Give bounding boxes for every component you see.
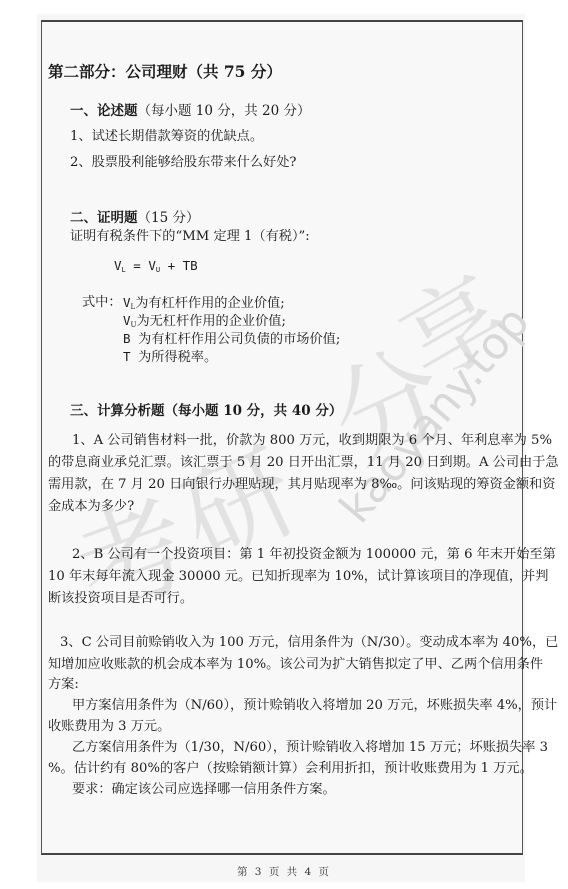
essay-question-2: 2、股票股利能够给股东带来什么好处?	[70, 154, 296, 171]
where-label: 式中：	[82, 294, 122, 311]
section-3-title: 三、计算分析题（每小题 10 分，共 40 分）	[70, 403, 342, 420]
calc-q3-line: 知增加应收账款的机会成本率为 10%。该公司为扩大销售拟定了甲、乙两个信用条件	[48, 656, 543, 673]
calc-q3-line: 方案:	[48, 676, 79, 693]
section-3-title-rest: （每小题 10 分，共 40 分）	[165, 403, 343, 419]
part-title: 第二部分：公司理财（共 75 分）	[48, 63, 282, 80]
def-symbol: B	[123, 331, 138, 346]
def-text: 为所得税率。	[138, 350, 217, 365]
calc-q1-line: 需用款，在 7 月 20 日向银行办理贴现，其月贴现率为 8‰。问该贴现的筹资金…	[48, 476, 555, 493]
formula-vu: V	[148, 258, 156, 273]
section-2-title-bold: 二、证明题	[70, 210, 138, 226]
calc-q3-line: 甲方案信用条件为（N/60），预计赊销收入将增加 20 万元，坏账损失率 4%，…	[72, 697, 557, 714]
calc-q3-line: %。估计约有 80%的客户（按赊销额计算）会利用折扣，预计收账费用为 1 万元。	[48, 760, 533, 777]
calc-q1-line: 金成本为多少?	[48, 498, 134, 515]
formula-equals: =	[126, 258, 149, 273]
calc-q1-line: 1、A 公司销售材料一批，价款为 800 万元，收到期限为 6 个月、年利息率为…	[72, 432, 552, 449]
essay-question-1: 1、试述长期借款筹资的优缺点。	[70, 128, 263, 145]
formula-rest: + TB	[160, 258, 198, 273]
calc-q2-line: 2、B 公司有一个投资项目：第 1 年初投资金额为 100000 元，第 6 年…	[72, 546, 556, 563]
calc-q2-line: 10 年末每年流入现金 30000 元。已知折现率为 10%，试计算该项目的净现…	[48, 568, 548, 585]
proof-prompt: 证明有税条件下的“MM 定理 1（有税）”:	[70, 228, 310, 245]
mm-formula: VL = VU + TB	[114, 257, 198, 279]
calc-q3-line: 收账费用为 3 万元。	[48, 718, 170, 735]
section-2-title-rest: （15 分）	[138, 210, 200, 226]
section-3-title-bold: 三、计算分析题	[70, 403, 165, 419]
def-symbol: V	[123, 313, 131, 328]
definition-t: T 为所得税率。	[123, 348, 217, 366]
calc-q3-line: 要求：确定该公司应选择哪一信用条件方案。	[72, 781, 336, 798]
section-1-title-bold: 一、论述题	[70, 103, 138, 119]
calc-q1-line: 的带息商业承兑汇票。该汇票于 5 月 20 日开出汇票，11 月 20 日到期。…	[48, 454, 559, 471]
def-text: 为无杠杆作用的企业价值;	[136, 314, 286, 329]
def-text: 为有杠杆作用公司负债的市场价值;	[138, 332, 340, 347]
calc-q2-line: 断该投资项目是否可行。	[48, 590, 193, 607]
def-symbol: V	[123, 295, 131, 310]
section-1-title-rest: （每小题 10 分，共 20 分）	[138, 103, 311, 119]
calc-q3-line: 3、C 公司目前赊销收入为 100 万元，信用条件为（N/30）。变动成本率为 …	[60, 634, 558, 651]
def-text: 为有杠杆作用的企业价值;	[135, 296, 285, 311]
page-footer: 第 3 页 共 4 页	[0, 864, 568, 879]
definition-b: B 为有杠杆作用公司负债的市场价值;	[123, 330, 340, 348]
calc-q3-line: 乙方案信用条件为（1/30，N/60），预计赊销收入将增加 15 万元；坏账损失…	[72, 739, 548, 756]
section-1-title: 一、论述题（每小题 10 分，共 20 分）	[70, 103, 311, 120]
def-symbol: T	[123, 349, 138, 364]
section-2-title: 二、证明题（15 分）	[70, 210, 199, 227]
formula-vl: V	[114, 258, 122, 273]
